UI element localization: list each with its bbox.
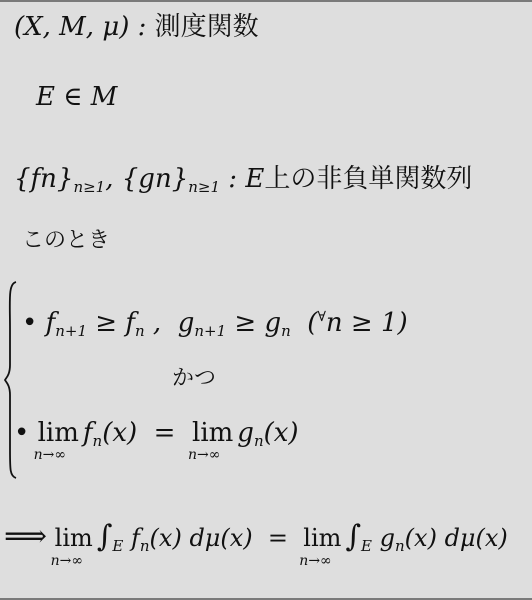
conjunction-line: かつ xyxy=(172,368,216,390)
lim-subscript: n→∞ xyxy=(51,554,83,568)
lim-text: lim xyxy=(303,524,341,552)
set-E: E xyxy=(245,164,264,194)
forall-symbol: ∀ xyxy=(317,309,325,325)
equals: = xyxy=(137,418,192,448)
implies-arrow-icon: ⟹ xyxy=(4,519,47,554)
lim-text: lim xyxy=(192,418,233,448)
f-index: n+1 xyxy=(55,322,87,340)
left-brace-icon xyxy=(4,280,18,480)
f-index: n xyxy=(93,432,103,450)
sequence-g-index: n≥1 xyxy=(188,178,220,196)
set-membership-line: E ∈ M xyxy=(36,84,117,110)
lim-text: lim xyxy=(38,418,79,448)
g-index: n xyxy=(254,432,264,450)
separator: , xyxy=(145,308,178,338)
g-integrand: (x) dμ(x) xyxy=(405,524,508,552)
limit-operator: limn→∞ xyxy=(192,420,233,446)
lim-text: lim xyxy=(55,524,93,552)
integral-sign: ∫ xyxy=(345,519,361,554)
top-edge xyxy=(0,0,532,2)
g-index: n+1 xyxy=(194,322,226,340)
conjunction-text: かつ xyxy=(172,366,216,391)
limit-operator: limn→∞ xyxy=(303,526,341,550)
g-index: n xyxy=(395,537,405,555)
f-inequality: ≥ f xyxy=(87,308,135,338)
measure-space-line: (X, M, μ) : 測度関数 xyxy=(14,14,259,40)
quantifier: n ≥ 1) xyxy=(326,308,408,338)
sequence-g: {gn} xyxy=(122,164,188,194)
f-index: n xyxy=(140,537,150,555)
colon: : xyxy=(220,164,245,194)
sequence-f-index: n≥1 xyxy=(73,178,105,196)
integral-sign: ∫ xyxy=(97,519,113,554)
f-integrand: (x) dμ(x) xyxy=(150,524,253,552)
g-symbol: g xyxy=(237,418,254,448)
f-argument: (x) xyxy=(102,418,137,448)
conclusion-line: ⟹ limn→∞∫E fn(x) dμ(x) = limn→∞∫E gn(x) … xyxy=(4,522,508,554)
monotone-condition: • fn+1 ≥ fn , gn+1 ≥ gn (∀n ≥ 1) xyxy=(22,310,408,339)
g-argument: (x) xyxy=(264,418,299,448)
integral-domain: E xyxy=(361,537,372,555)
integral-domain: E xyxy=(112,537,123,555)
colon: : xyxy=(129,12,154,42)
lim-subscript: n→∞ xyxy=(299,554,331,568)
measure-space-tuple: (X, M, μ) xyxy=(14,12,129,42)
measure-space-label: 測度関数 xyxy=(155,12,259,42)
f-symbol: f xyxy=(83,418,93,448)
then-text: このとき xyxy=(22,228,110,253)
g-symbol: g xyxy=(178,308,195,338)
then-line: このとき xyxy=(22,230,110,252)
bullet: • xyxy=(14,418,29,448)
equals: = xyxy=(253,524,304,552)
sequences-description: 上の非負単関数列 xyxy=(264,164,472,194)
limit-operator: limn→∞ xyxy=(55,526,93,550)
f-index-n: n xyxy=(135,322,145,340)
lim-subscript: n→∞ xyxy=(188,448,220,462)
limit-condition: • limn→∞fn(x) = limn→∞gn(x) xyxy=(14,420,299,449)
comma: , xyxy=(105,164,122,194)
f-symbol: f xyxy=(46,308,56,338)
limit-operator: limn→∞ xyxy=(38,420,79,446)
sequence-f: {fn} xyxy=(14,164,73,194)
g-index-n: n xyxy=(281,322,291,340)
g-inequality: ≥ g xyxy=(226,308,281,338)
set-membership: E ∈ M xyxy=(36,82,117,112)
lim-subscript: n→∞ xyxy=(34,448,66,462)
sequences-line: {fn}n≥1, {gn}n≥1 : E上の非負単関数列 xyxy=(14,166,472,195)
quantifier-open: ( xyxy=(291,308,318,338)
g-symbol: g xyxy=(372,524,395,552)
bullet: • xyxy=(22,308,37,338)
f-symbol: f xyxy=(123,524,140,552)
